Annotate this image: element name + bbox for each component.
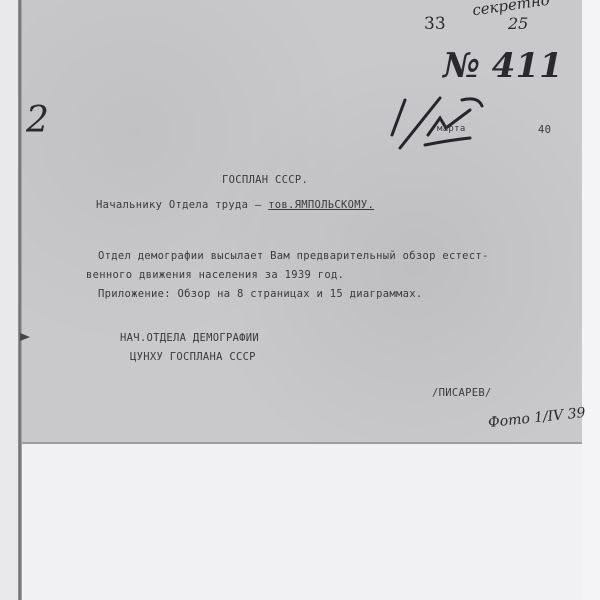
body-line-1: Отдел демографии высылает Вам предварите…: [98, 250, 489, 262]
stamp-word: марта: [437, 124, 466, 134]
addressee-name: тов.ЯМПОЛЬСКОМУ.: [268, 199, 374, 211]
addressee-line: Начальнику Отдела труда – тов.ЯМПОЛЬСКОМ…: [96, 199, 374, 211]
signature-title-1: НАЧ.ОТДЕЛА ДЕМОГРАФИИ: [120, 332, 259, 344]
addressee-prefix: Начальнику Отдела труда –: [96, 199, 268, 211]
body-line-2: венного движения населения за 1939 год.: [86, 269, 344, 281]
body-line-3: Приложение: Обзор на 8 страницах и 15 ди…: [98, 288, 422, 300]
handwritten-date-strokes: [0, 0, 600, 600]
org-heading: ГОСПЛАН СССР.: [222, 174, 308, 186]
signature-title-2: ЦУНХУ ГОСПЛАНА СССР: [130, 351, 256, 363]
signature-name: /ПИСАРЕВ/: [432, 387, 492, 399]
page-number: 40: [538, 124, 551, 136]
